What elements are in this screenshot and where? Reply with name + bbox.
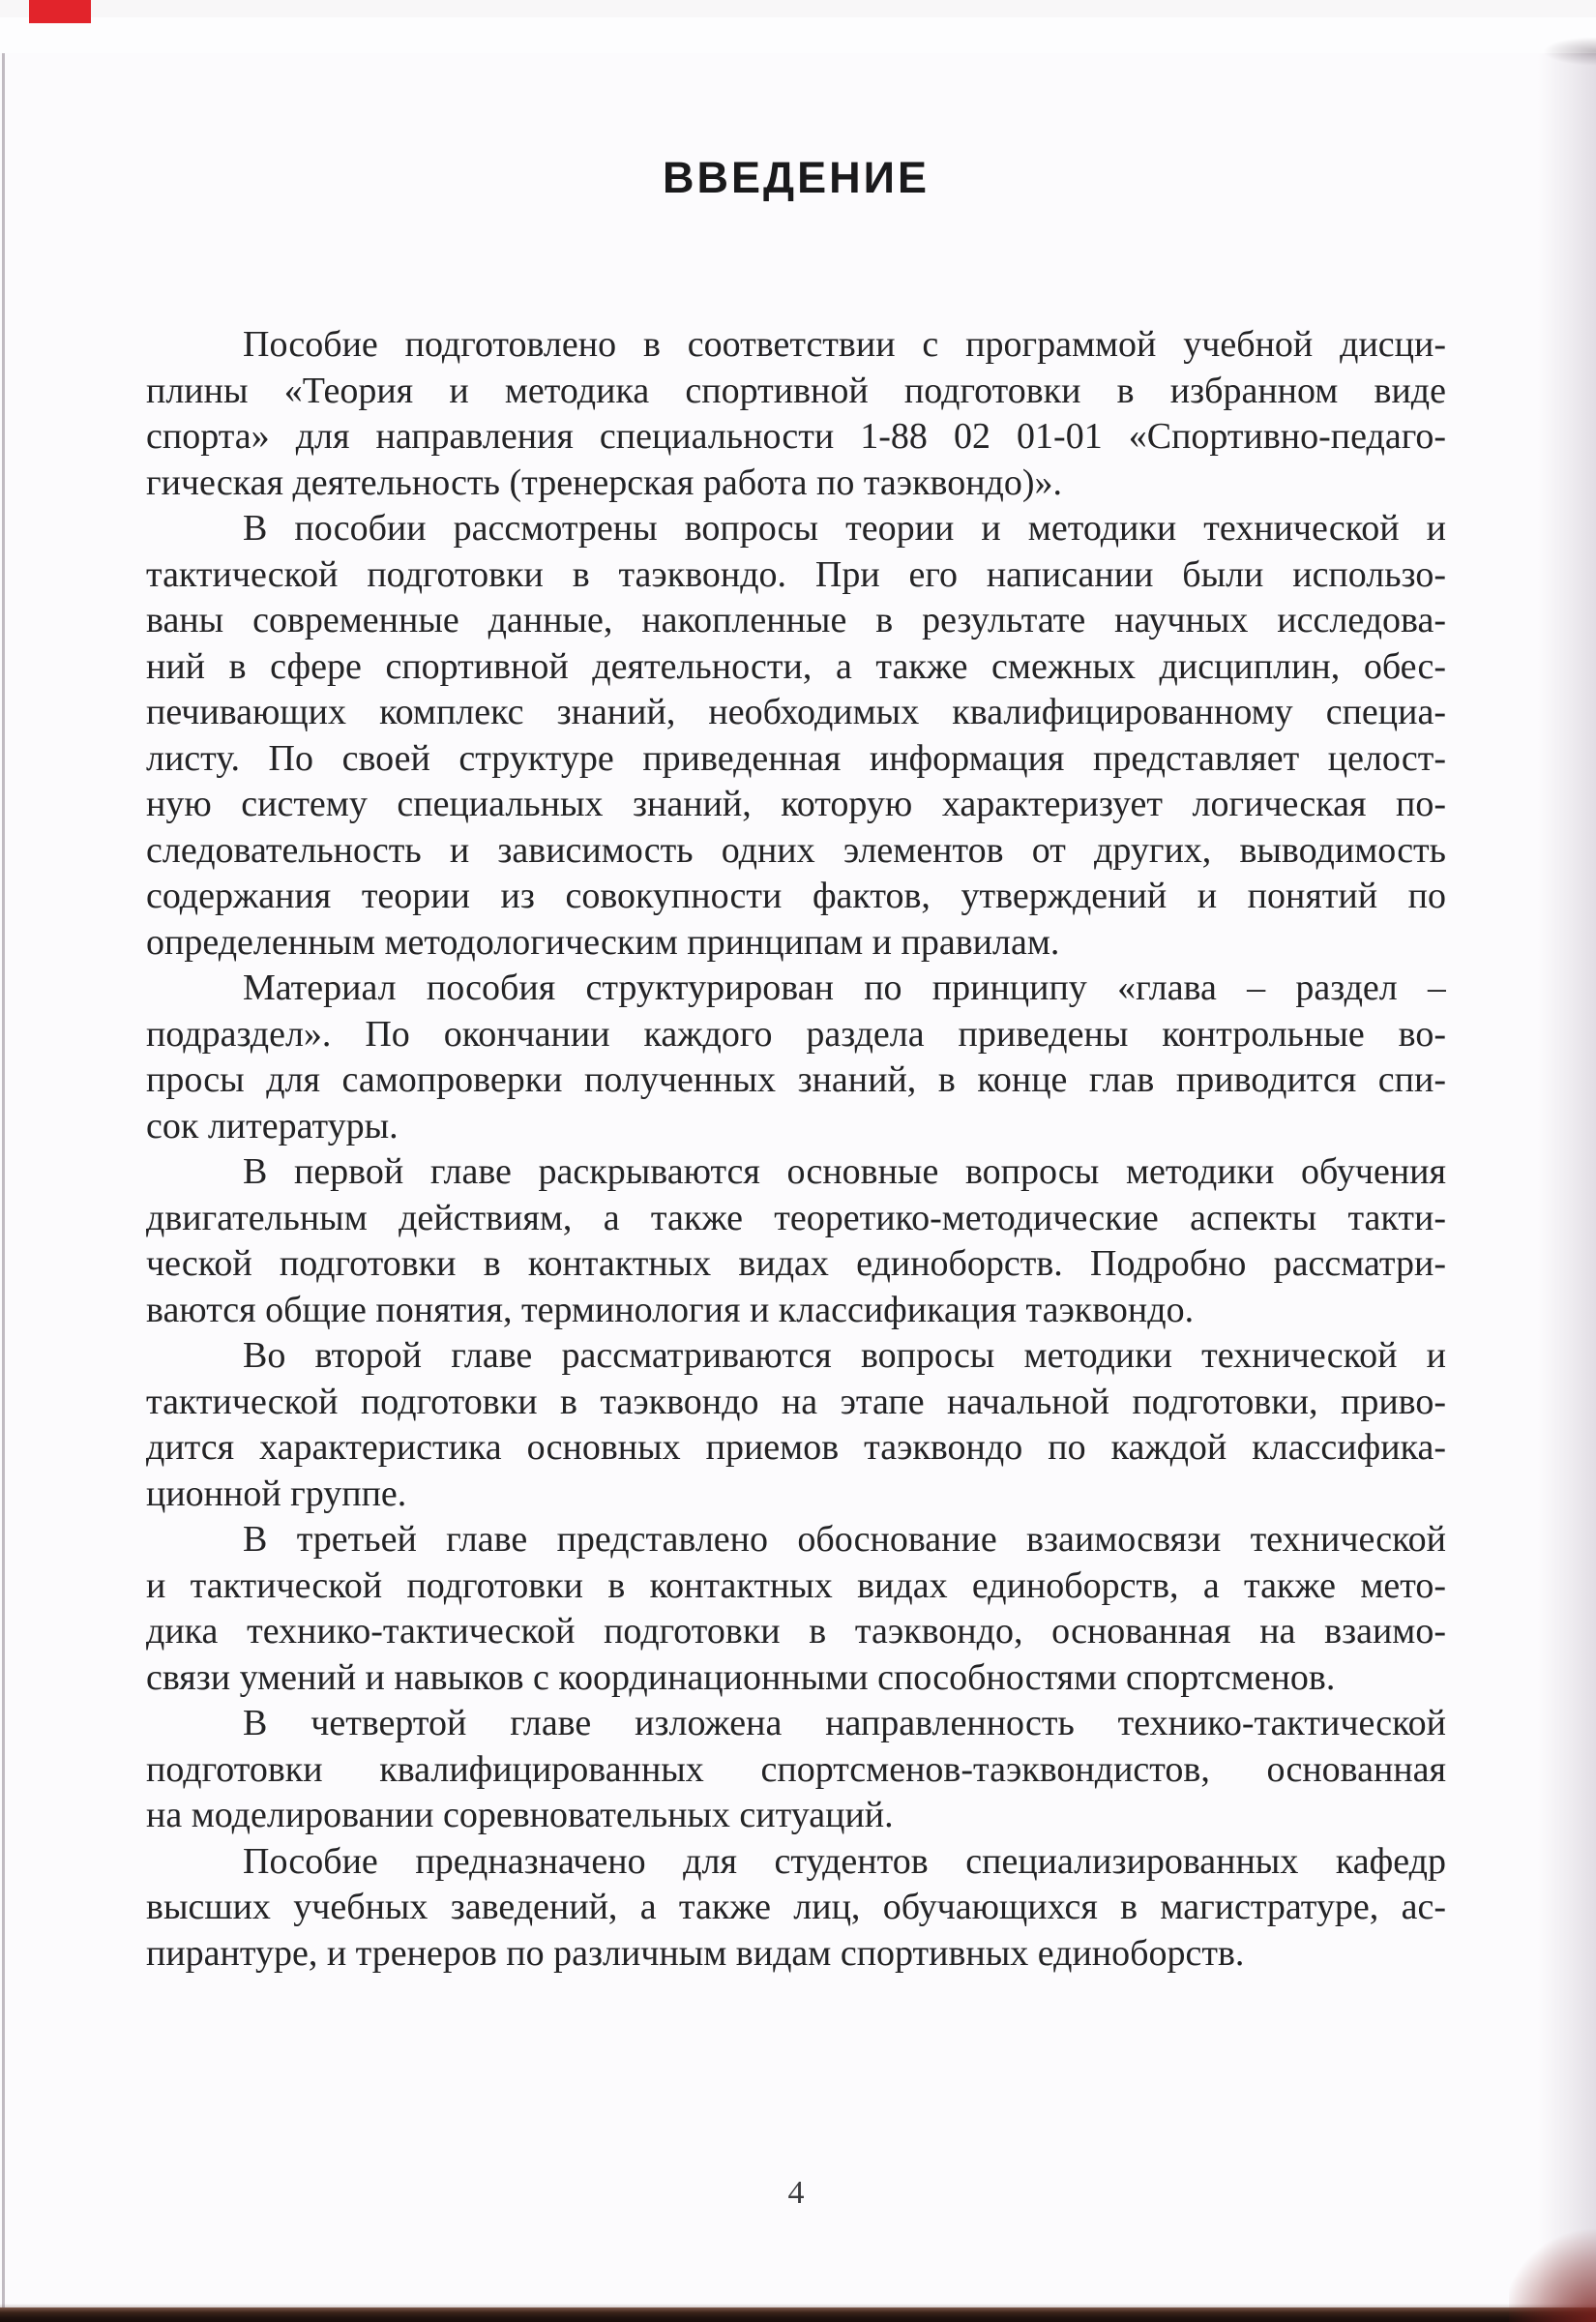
paragraph: В третьей главе представлено обоснование… (146, 1517, 1446, 1701)
scan-bottom-edge (0, 2307, 1596, 2322)
paragraph: Материал пособия структурирован по принц… (146, 966, 1446, 1149)
text-line: и тактической подготовки в контактных ви… (146, 1563, 1446, 1610)
text-line: листу. По своей структуре приведенная ин… (146, 736, 1446, 783)
text-line: В первой главе раскрываются основные воп… (146, 1149, 1446, 1196)
text-line: печивающих комплекс знаний, необходимых … (146, 690, 1446, 736)
text-line: ческой подготовки в контактных видах еди… (146, 1241, 1446, 1288)
text-line: плины «Теория и методика спортивной подг… (146, 369, 1446, 415)
text-line: В четвертой главе изложена направленност… (146, 1701, 1446, 1747)
paragraph: Пособие подготовлено в соответствии с пр… (146, 322, 1446, 506)
text-line: содержания теории из совокупности фактов… (146, 874, 1446, 920)
text-line: спорта» для направления специальности 1-… (146, 414, 1446, 461)
paragraph: Во второй главе рассматриваются вопросы … (146, 1333, 1446, 1517)
red-scan-artifact (29, 0, 91, 23)
paragraph: В четвертой главе изложена направленност… (146, 1701, 1446, 1839)
scan-smudge-top-right (1543, 37, 1596, 66)
page-title: ВВЕДЕНИЕ (146, 153, 1446, 203)
text-line: В третьей главе представлено обоснование… (146, 1517, 1446, 1563)
page-left-edge-line (2, 53, 5, 2322)
text-line: гическая деятельность (тренерская работа… (146, 461, 1446, 507)
text-line: В пособии рассмотрены вопросы теории и м… (146, 506, 1446, 552)
text-line: ваны современные данные, накопленные в р… (146, 598, 1446, 644)
text-line: Пособие предназначено для студентов спец… (146, 1839, 1446, 1886)
text-line: ний в сфере спортивной деятельности, а т… (146, 644, 1446, 691)
text-line: ную систему специальных знаний, которую … (146, 782, 1446, 828)
text-line: следовательность и зависимость одних эле… (146, 828, 1446, 875)
scan-smudge-bottom-right (1509, 2225, 1596, 2322)
paragraph: В пособии рассмотрены вопросы теории и м… (146, 506, 1446, 966)
paragraph: Пособие предназначено для студентов спец… (146, 1839, 1446, 1978)
text-line: просы для самопроверки полученных знаний… (146, 1057, 1446, 1104)
text-line: подготовки квалифицированных спортсменов… (146, 1747, 1446, 1794)
text-line: связи умений и навыков с координационным… (146, 1655, 1446, 1702)
scan-top-strip (0, 0, 1596, 17)
text-line: двигательным действиям, а также теоретик… (146, 1196, 1446, 1242)
text-line: подраздел». По окончании каждого раздела… (146, 1012, 1446, 1058)
text-line: Пособие подготовлено в соответствии с пр… (146, 322, 1446, 369)
body-text: Пособие подготовлено в соответствии с пр… (146, 322, 1446, 1977)
text-line: определенным методологическим принципам … (146, 920, 1446, 967)
text-line: пирантуре, и тренеров по различным видам… (146, 1931, 1446, 1978)
page-number: 4 (146, 2175, 1446, 2212)
paragraph: В первой главе раскрываются основные воп… (146, 1149, 1446, 1333)
text-line: на моделировании соревновательных ситуац… (146, 1793, 1446, 1839)
text-line: ционной группе. (146, 1472, 1446, 1518)
text-line: тактической подготовки в таэквондо на эт… (146, 1380, 1446, 1426)
text-line: Во второй главе рассматриваются вопросы … (146, 1333, 1446, 1380)
text-line: сок литературы. (146, 1104, 1446, 1150)
text-line: дика технико-тактической подготовки в та… (146, 1609, 1446, 1655)
text-line: дится характеристика основных приемов та… (146, 1425, 1446, 1472)
page-right-edge-shadow (1538, 53, 1596, 2322)
text-line: Материал пособия структурирован по принц… (146, 966, 1446, 1012)
text-line: тактической подготовки в таэквондо. При … (146, 552, 1446, 599)
text-line: ваются общие понятия, терминология и кла… (146, 1288, 1446, 1334)
text-line: высших учебных заведений, а также лиц, о… (146, 1885, 1446, 1931)
